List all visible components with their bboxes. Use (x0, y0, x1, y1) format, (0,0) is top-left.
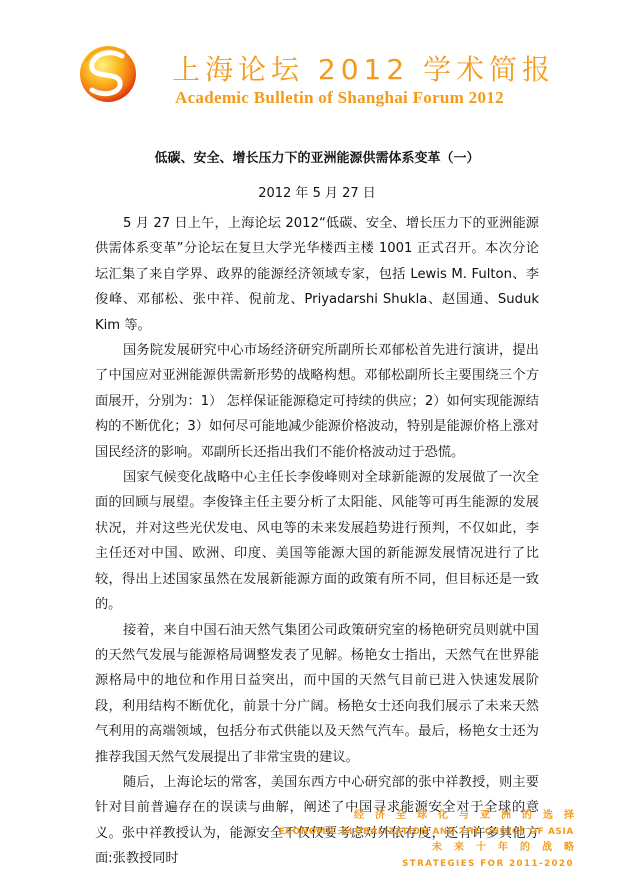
paragraph: 接着，来自中国石油天然气集团公司政策研究室的杨艳研究员则就中国的天然气发展与能源… (95, 618, 539, 770)
footer-slogan-en-1: ECONOMIC GLOBALIZATION AND THE CHOICE OF… (279, 824, 574, 840)
page-footer: 经济全球化与亚洲的选择 ECONOMIC GLOBALIZATION AND T… (279, 808, 574, 872)
paragraph: 国务院发展研究中心市场经济研究所副所长邓郁松首先进行演讲，提出了中国应对亚洲能源… (95, 338, 539, 465)
footer-slogan-en-2: STRATEGIES FOR 2011-2020 (279, 856, 574, 872)
bulletin-title-cn: 上海论坛 2012 学术简报 (172, 48, 555, 88)
document-body: 5 月 27 日上午，上海论坛 2012“低碳、安全、增长压力下的亚洲能源供需体… (95, 211, 539, 872)
document-title: 低碳、安全、增长压力下的亚洲能源供需体系变革（一） (0, 147, 634, 166)
bulletin-title-en: Academic Bulletin of Shanghai Forum 2012 (175, 88, 504, 108)
document-date: 2012 年 5 月 27 日 (0, 182, 634, 201)
shanghai-forum-logo-icon (78, 40, 138, 106)
paragraph: 5 月 27 日上午，上海论坛 2012“低碳、安全、增长压力下的亚洲能源供需体… (95, 211, 539, 338)
bulletin-header: 上海论坛 2012 学术简报 Academic Bulletin of Shan… (0, 0, 634, 125)
footer-slogan-cn-1: 经济全球化与亚洲的选择 (279, 808, 585, 824)
footer-slogan-cn-2: 未来十年的战略 (279, 840, 586, 856)
paragraph: 国家气候变化战略中心主任长李俊峰则对全球新能源的发展做了一次全面的回顾与展望。李… (95, 465, 539, 617)
